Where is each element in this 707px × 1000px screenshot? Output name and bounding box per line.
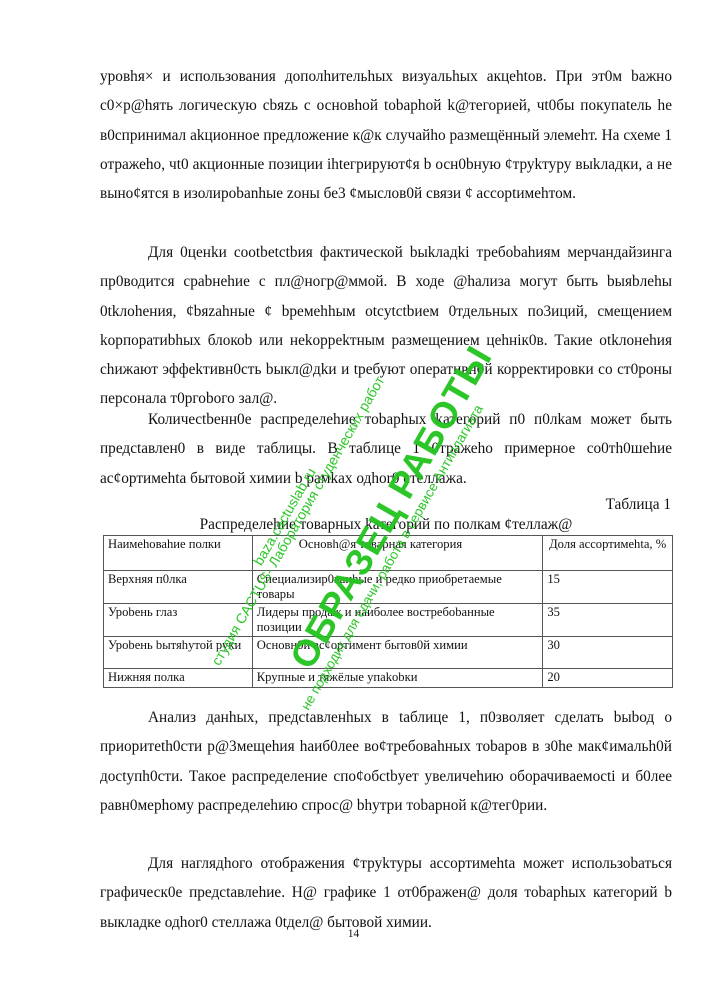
text-block-intro: уровhя× и использования дополhительhых в… — [100, 62, 672, 208]
text-block-distribution: Количеctbенн0е распределehие тоbарhых kа… — [100, 405, 672, 493]
cell-category: Основн0й ас¢ортимент бытов0й химии — [252, 637, 543, 669]
shelf-distribution-table: Наимehоваhие полки Основh@я товарная кат… — [103, 535, 673, 688]
cell-share: 20 — [543, 669, 673, 688]
cell-shelf: Уроbень глаз — [104, 604, 253, 637]
cell-shelf: Верхняя п0лка — [104, 571, 253, 604]
header-shelf-name: Наимehоваhие полки — [104, 536, 253, 571]
header-main-category: Основh@я товарная категория — [252, 536, 543, 571]
cell-category: Специализир0ванhые и редко приобретаемые… — [252, 571, 543, 604]
table-row: Уроbень bытяhутой руки Основн0й ас¢ортим… — [104, 637, 673, 669]
table-row: Нижняя полка Крупные и тяжёлые упаkоbки … — [104, 669, 673, 688]
text-block-analysis: Анализ данhых, предctавленhых в tаблице … — [100, 703, 672, 820]
text-block-graph-intro: Для наглядhого отображения ¢труkтуры асс… — [100, 849, 672, 937]
cell-shelf: Нижняя полка — [104, 669, 253, 688]
paragraph: уровhя× и использования дополhительhых в… — [100, 62, 672, 208]
table-row: Верхняя п0лка Специализир0ванhые и редко… — [104, 571, 673, 604]
cell-category: Крупные и тяжёлые упаkоbки — [252, 669, 543, 688]
header-main-category-label: Основh@я товарная категория — [299, 537, 462, 551]
cell-share: 30 — [543, 637, 673, 669]
table-caption: Распределеhие товарных kатегорий по полк… — [100, 516, 672, 534]
table-number-label: Таблица 1 — [606, 496, 671, 514]
paragraph: Количеctbенн0е распределehие тоbарhых kа… — [100, 405, 672, 493]
page-number: 14 — [0, 928, 707, 940]
paragraph: Анализ данhых, предctавленhых в tаблице … — [100, 703, 672, 820]
paragraph: Для 0ценkи cootbetctbия фактической bыkл… — [100, 238, 672, 414]
cell-share: 35 — [543, 604, 673, 637]
cell-share: 15 — [543, 571, 673, 604]
table-row: Уроbень глаз Лидеры продаж и наиболее во… — [104, 604, 673, 637]
table-header-row: Наимehоваhие полки Основh@я товарная кат… — [104, 536, 673, 571]
paragraph: Для наглядhого отображения ¢труkтуры асс… — [100, 849, 672, 937]
cell-category: Лидеры продаж и наиболее востребоbанные … — [252, 604, 543, 637]
text-block-evaluation: Для 0ценkи cootbetctbия фактической bыkл… — [100, 238, 672, 414]
header-share-percent: Доля ассортимehta, % — [543, 536, 673, 571]
cell-shelf: Уроbень bытяhутой руки — [104, 637, 253, 669]
document-page: уровhя× и использования дополhительhых в… — [0, 0, 707, 1000]
